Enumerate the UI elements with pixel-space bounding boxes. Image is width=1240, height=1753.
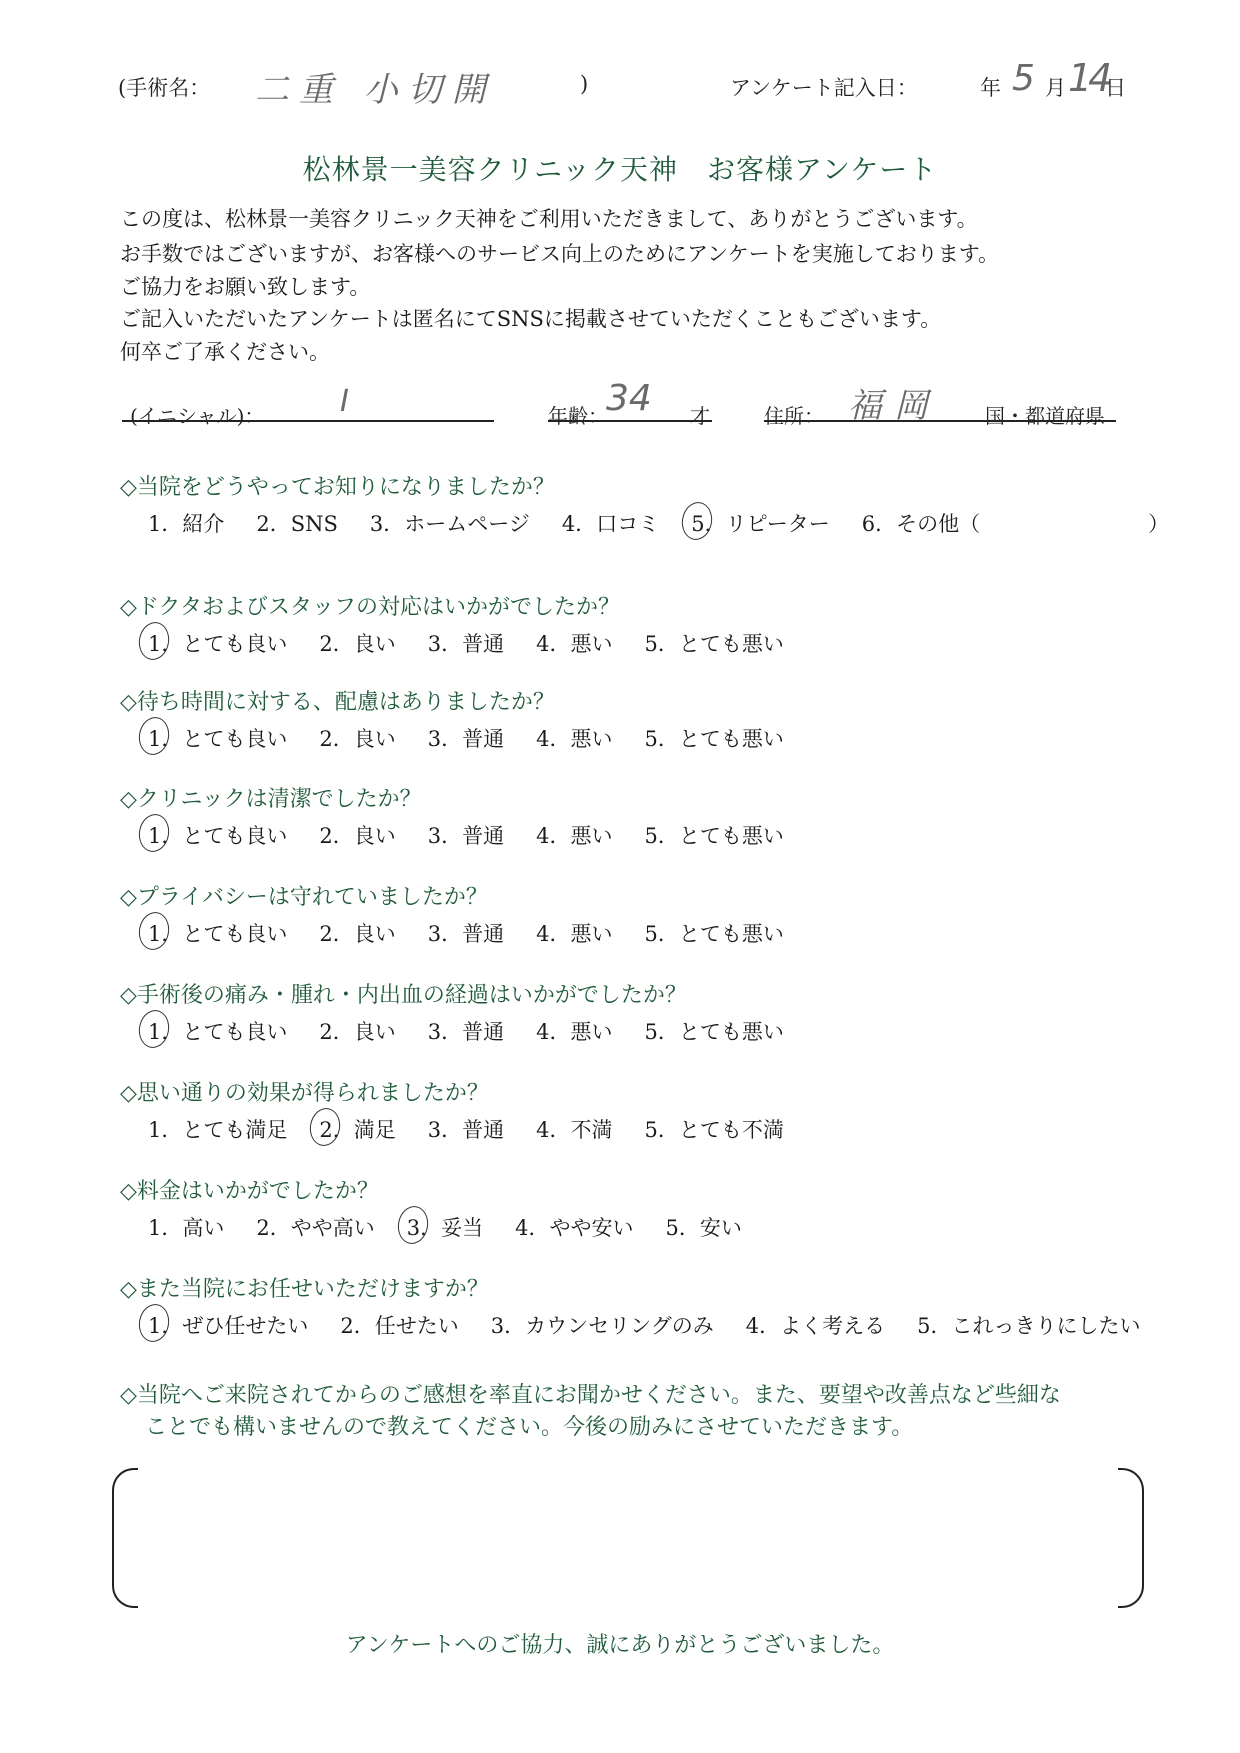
option-label: 4．悪い — [536, 628, 612, 658]
option-label: 5．リピーター — [691, 508, 830, 538]
initial-label: (イニシャル)： — [130, 400, 264, 429]
option-label: 2．任せたい — [340, 1310, 458, 1340]
question-3-options: 1．とても良い2．良い3．普通4．悪い5．とても悪い — [148, 723, 816, 753]
option-label: 4．口コミ — [562, 508, 659, 538]
option-label: 3．普通 — [428, 723, 504, 753]
option-label: 3．カウンセリングのみ — [491, 1310, 714, 1340]
option-label: 1．とても良い — [148, 1016, 287, 1046]
question-7-options: 1．とても満足2．満足3．普通4．不満5．とても不満 — [148, 1114, 816, 1144]
question-5-option-2[interactable]: 2．良い — [319, 918, 395, 948]
question-7-option-5[interactable]: 5．とても不満 — [645, 1114, 784, 1144]
option-label: 3．ホームページ — [370, 508, 530, 538]
question-9-option-2[interactable]: 2．任せたい — [340, 1310, 458, 1340]
intro-line-2: お手数ではございますが、お客様へのサービス向上のためにアンケートを実施しておりま… — [120, 238, 999, 268]
question-6-options: 1．とても良い2．良い3．普通4．悪い5．とても悪い — [148, 1016, 816, 1046]
option-label: 3．普通 — [428, 628, 504, 658]
question-2-option-1[interactable]: 1．とても良い — [148, 628, 287, 658]
comment-box-right-bracket — [1118, 1468, 1144, 1608]
option-label: 5．とても不満 — [645, 1114, 784, 1144]
option-label: 3．妥当 — [407, 1212, 483, 1242]
question-8-option-5[interactable]: 5．安い — [666, 1212, 742, 1242]
question-8-option-4[interactable]: 4．やや安い — [515, 1212, 633, 1242]
question-5-text: ◇プライバシーは守れていましたか？ — [120, 880, 488, 911]
option-label: 3．普通 — [428, 918, 504, 948]
thank-you-message: アンケートへのご協力、誠にありがとうございました。 — [0, 1628, 1240, 1659]
question-4-option-3[interactable]: 3．普通 — [428, 820, 504, 850]
month-value[interactable]: 5 — [1012, 58, 1035, 99]
page-title: 松林景一美容クリニック天神 お客様アンケート — [0, 148, 1240, 188]
age-value[interactable]: 34 — [606, 378, 652, 419]
intro-line-4: ご記入いただいたアンケートは匿名にてSNSに掲載させていただくこともございます。 — [120, 303, 941, 333]
question-3-option-3[interactable]: 3．普通 — [428, 723, 504, 753]
option-label: 5．とても悪い — [645, 1016, 784, 1046]
intro-line-3: ご協力をお願い致します。 — [120, 271, 370, 301]
question-9-text: ◇また当院にお任せいただけますか？ — [120, 1272, 489, 1303]
question-8-text: ◇料金はいかがでしたか？ — [120, 1174, 379, 1205]
option-label: 2．満足 — [319, 1114, 395, 1144]
question-3-option-2[interactable]: 2．良い — [319, 723, 395, 753]
initial-value[interactable]: I — [340, 384, 349, 419]
procedure-value[interactable]: 二重 小切開 — [255, 62, 496, 111]
question-9-option-1[interactable]: 1．ぜひ任せたい — [148, 1310, 308, 1340]
comment-prompt-line-1: ◇当院へご来院されてからのご感想を率直にお聞かせください。また、要望や改善点など… — [120, 1378, 1061, 1409]
question-9-option-3[interactable]: 3．カウンセリングのみ — [491, 1310, 714, 1340]
procedure-label: (手術名： — [118, 72, 210, 102]
question-1-option-6[interactable]: 6．その他（ ） — [862, 508, 1169, 538]
option-label: 6．その他（ ） — [862, 508, 1169, 538]
comment-box-left-bracket — [112, 1468, 138, 1608]
option-label: 2．良い — [319, 1016, 395, 1046]
option-label: 4．よく考える — [746, 1310, 885, 1340]
option-label: 2．良い — [319, 628, 395, 658]
question-7-option-3[interactable]: 3．普通 — [428, 1114, 504, 1144]
survey-date-label: アンケート記入日： — [730, 72, 918, 102]
option-label: 1．とても良い — [148, 628, 287, 658]
option-label: 5．これっきりにしたい — [917, 1310, 1140, 1340]
question-8-option-3[interactable]: 3．妥当 — [407, 1212, 483, 1242]
option-label: 5．安い — [666, 1212, 742, 1242]
option-label: 4．悪い — [536, 820, 612, 850]
option-label: 1．紹介 — [148, 508, 224, 538]
option-label: 4．悪い — [536, 1016, 612, 1046]
question-5-option-3[interactable]: 3．普通 — [428, 918, 504, 948]
intro-line-5: 何卒ご了承ください。 — [120, 336, 330, 366]
question-6-option-2[interactable]: 2．良い — [319, 1016, 395, 1046]
question-2-option-3[interactable]: 3．普通 — [428, 628, 504, 658]
question-5-options: 1．とても良い2．良い3．普通4．悪い5．とても悪い — [148, 918, 816, 948]
comment-textarea[interactable] — [140, 1480, 1110, 1596]
question-7-option-4[interactable]: 4．不満 — [536, 1114, 612, 1144]
option-label: 1．とても良い — [148, 820, 287, 850]
question-5-option-1[interactable]: 1．とても良い — [148, 918, 287, 948]
option-label: 5．とても悪い — [645, 628, 784, 658]
option-label: 5．とても悪い — [645, 918, 784, 948]
option-label: 3．普通 — [428, 1114, 504, 1144]
question-4-options: 1．とても良い2．良い3．普通4．悪い5．とても悪い — [148, 820, 816, 850]
question-2-options: 1．とても良い2．良い3．普通4．悪い5．とても悪い — [148, 628, 816, 658]
option-label: 4．やや安い — [515, 1212, 633, 1242]
question-8-option-2[interactable]: 2．やや高い — [256, 1212, 374, 1242]
option-label: 4．悪い — [536, 918, 612, 948]
question-1-option-2[interactable]: 2．SNS — [256, 508, 338, 538]
year-label: 年 — [980, 72, 1001, 102]
option-label: 1．高い — [148, 1212, 224, 1242]
option-label: 2．やや高い — [256, 1212, 374, 1242]
comment-prompt-line-2: ことでも構いませんので教えてください。今後の励みにさせていただきます。 — [145, 1410, 913, 1441]
question-3-text: ◇待ち時間に対する、配慮はありましたか？ — [120, 685, 555, 716]
question-1-option-5[interactable]: 5．リピーター — [691, 508, 830, 538]
question-7-text: ◇思い通りの効果が得られましたか？ — [120, 1076, 489, 1107]
option-label: 2．良い — [319, 918, 395, 948]
question-3-option-4[interactable]: 4．悪い — [536, 723, 612, 753]
question-6-option-4[interactable]: 4．悪い — [536, 1016, 612, 1046]
day-value[interactable]: 14 — [1068, 56, 1108, 100]
intro-line-1: この度は、松林景一美容クリニック天神をご利用いただきまして、ありがとうございます… — [120, 203, 978, 233]
option-label: 5．とても悪い — [645, 820, 784, 850]
address-label: 住所： — [764, 400, 824, 429]
option-label: 4．不満 — [536, 1114, 612, 1144]
question-2-option-5[interactable]: 5．とても悪い — [645, 628, 784, 658]
question-7-option-2[interactable]: 2．満足 — [319, 1114, 395, 1144]
option-label: 1．とても満足 — [148, 1114, 287, 1144]
question-9-option-4[interactable]: 4．よく考える — [746, 1310, 885, 1340]
question-5-option-5[interactable]: 5．とても悪い — [645, 918, 784, 948]
question-4-option-5[interactable]: 5．とても悪い — [645, 820, 784, 850]
question-5-option-4[interactable]: 4．悪い — [536, 918, 612, 948]
option-label: 4．悪い — [536, 723, 612, 753]
question-9-option-5[interactable]: 5．これっきりにしたい — [917, 1310, 1140, 1340]
option-label: 2．良い — [319, 820, 395, 850]
age-unit: 才 — [690, 400, 710, 429]
option-label: 3．普通 — [428, 820, 504, 850]
question-6-text: ◇手術後の痛み・腫れ・内出血の経過はいかがでしたか？ — [120, 978, 687, 1009]
question-4-option-2[interactable]: 2．良い — [319, 820, 395, 850]
option-label: 1．とても良い — [148, 723, 287, 753]
question-8-options: 1．高い2．やや高い3．妥当4．やや安い5．安い — [148, 1212, 774, 1242]
procedure-close-paren: ) — [580, 72, 588, 96]
question-7-option-1[interactable]: 1．とても満足 — [148, 1114, 287, 1144]
option-label: 1．とても良い — [148, 918, 287, 948]
initial-underline — [122, 420, 494, 422]
question-1-option-3[interactable]: 3．ホームページ — [370, 508, 530, 538]
age-label: 年齢： — [548, 400, 608, 429]
option-label: 3．普通 — [428, 1016, 504, 1046]
address-underline — [764, 420, 1116, 422]
option-label: 1．ぜひ任せたい — [148, 1310, 308, 1340]
question-2-text: ◇ドクタおよびスタッフの対応はいかがでしたか？ — [120, 590, 620, 621]
question-3-option-5[interactable]: 5．とても悪い — [645, 723, 784, 753]
question-2-option-2[interactable]: 2．良い — [319, 628, 395, 658]
month-label: 月 — [1045, 72, 1066, 102]
option-label: 2．SNS — [256, 508, 338, 538]
option-label: 5．とても悪い — [645, 723, 784, 753]
question-1-options: 1．紹介2．SNS3．ホームページ4．口コミ5．リピーター6．その他（ ） — [148, 508, 1201, 538]
question-6-option-1[interactable]: 1．とても良い — [148, 1016, 287, 1046]
question-4-text: ◇クリニックは清潔でしたか？ — [120, 782, 422, 813]
question-3-option-1[interactable]: 1．とても良い — [148, 723, 287, 753]
question-9-options: 1．ぜひ任せたい2．任せたい3．カウンセリングのみ4．よく考える5．これっきりに… — [148, 1310, 1172, 1340]
age-underline — [548, 420, 712, 422]
question-1-option-4[interactable]: 4．口コミ — [562, 508, 659, 538]
question-6-option-5[interactable]: 5．とても悪い — [645, 1016, 784, 1046]
question-1-text: ◇当院をどうやってお知りになりましたか？ — [120, 470, 555, 501]
address-suffix: 国・都道府県 — [985, 400, 1105, 429]
question-8-option-1[interactable]: 1．高い — [148, 1212, 224, 1242]
day-label: 日 — [1105, 72, 1126, 102]
question-4-option-1[interactable]: 1．とても良い — [148, 820, 287, 850]
question-1-option-1[interactable]: 1．紹介 — [148, 508, 224, 538]
option-label: 2．良い — [319, 723, 395, 753]
question-6-option-3[interactable]: 3．普通 — [428, 1016, 504, 1046]
question-4-option-4[interactable]: 4．悪い — [536, 820, 612, 850]
question-2-option-4[interactable]: 4．悪い — [536, 628, 612, 658]
